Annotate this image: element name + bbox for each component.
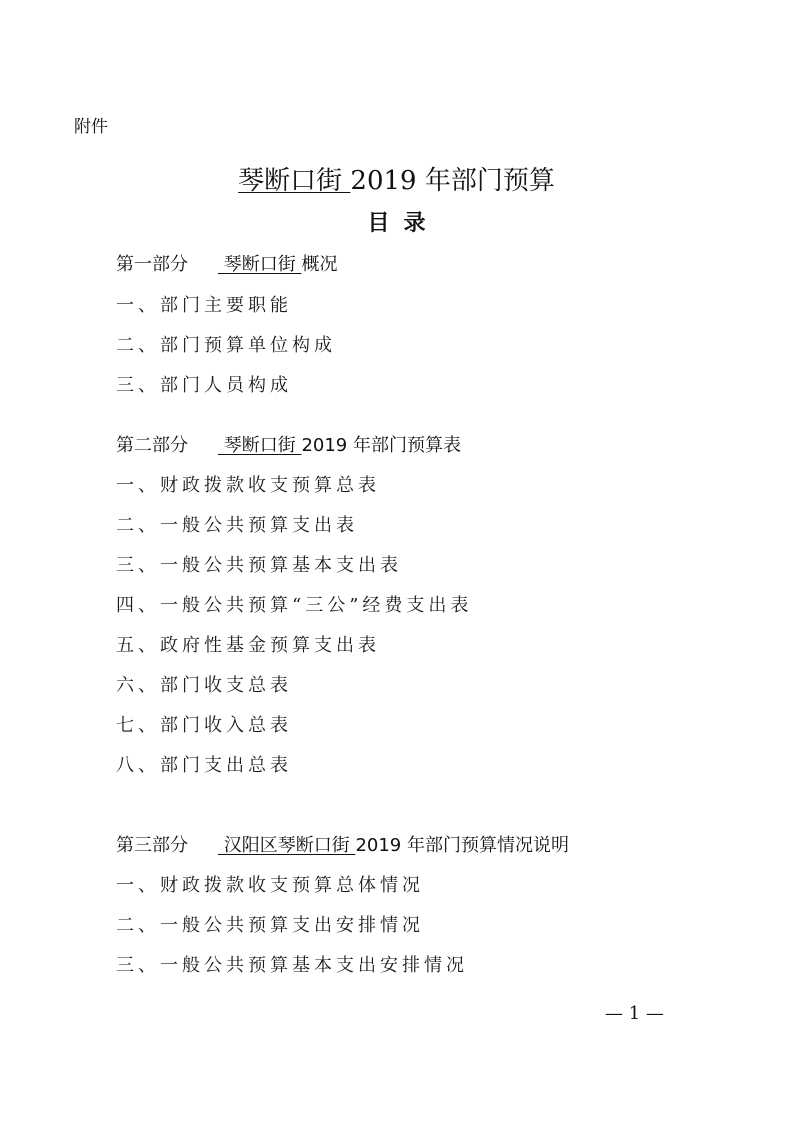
toc-item: 四、一般公共预算“三公”经费支出表 — [116, 591, 472, 617]
part-2-heading: 第二部分 琴断口街 2019 年部门预算表 — [116, 431, 461, 457]
attachment-label: 附件 — [74, 112, 108, 137]
part-1-unit-name: 琴断口街 — [218, 254, 301, 275]
part-1-label: 第一部分 — [116, 254, 188, 275]
toc-item: 二、一般公共预算支出表 — [116, 511, 358, 537]
part-3-rest: 2019 年部门预算情况说明 — [355, 835, 569, 856]
toc-item: 一、部门主要职能 — [116, 291, 292, 317]
toc-item: 八、部门支出总表 — [116, 751, 292, 777]
part-2-unit-name: 琴断口街 — [218, 435, 301, 456]
toc-heading: 目录 — [0, 206, 793, 237]
page-number: — 1 — — [605, 1003, 664, 1024]
toc-item: 七、部门收入总表 — [116, 711, 292, 737]
title-unit-name: 琴断口街 — [238, 166, 350, 196]
part-3-unit-name: 汉阳区琴断口街 — [218, 835, 355, 856]
toc-item: 二、一般公共预算支出安排情况 — [116, 911, 424, 937]
part-1-heading: 第一部分 琴断口街 概况 — [116, 250, 337, 276]
part-3-heading: 第三部分 汉阳区琴断口街 2019 年部门预算情况说明 — [116, 831, 569, 857]
toc-item: 一、财政拨款收支预算总表 — [116, 471, 380, 497]
toc-item: 二、部门预算单位构成 — [116, 331, 336, 357]
toc-item: 五、政府性基金预算支出表 — [116, 631, 380, 657]
toc-item: 一、财政拨款收支预算总体情况 — [116, 871, 424, 897]
part-1-rest: 概况 — [301, 254, 337, 275]
title-rest: 2019 年部门预算 — [350, 166, 554, 196]
toc-item: 三、一般公共预算基本支出安排情况 — [116, 951, 468, 977]
toc-item: 三、部门人员构成 — [116, 371, 292, 397]
toc-item: 六、部门收支总表 — [116, 671, 292, 697]
toc-item: 三、一般公共预算基本支出表 — [116, 551, 402, 577]
part-2-rest: 2019 年部门预算表 — [301, 435, 461, 456]
part-2-label: 第二部分 — [116, 435, 188, 456]
document-title: 琴断口街 2019 年部门预算 — [0, 160, 793, 197]
part-3-label: 第三部分 — [116, 835, 188, 856]
